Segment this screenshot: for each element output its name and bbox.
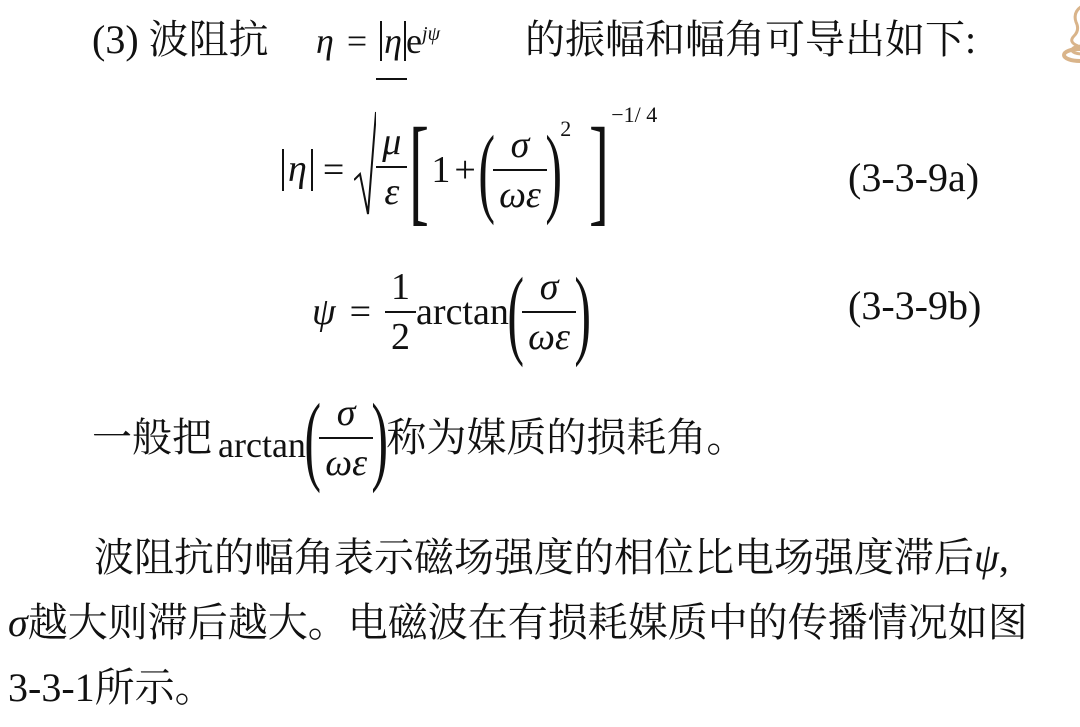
heading-line: (3) 波阻抗 [92, 20, 269, 60]
equation-3-3-9a: η = μ ε [ 1 + ( σ ωε ) 2 ] −1/ 4 [282, 100, 657, 240]
sqrt-sign [354, 110, 376, 220]
equation-3-3-9b: ψ = 1 2 arctan ( σ ωε ) [312, 258, 589, 366]
equation-number-3-3-9a: (3-3-9a) [848, 154, 979, 201]
heading-suffix: 的振幅和幅角可导出如下: [525, 20, 976, 60]
paragraph-line-1: 波阻抗的幅角表示磁场强度的相位比电场强度滞后ψ, [94, 538, 1009, 578]
loss-angle-line: 一般把 arctan ( σ ωε ) 称为媒质的损耗角。 [92, 384, 746, 492]
cup-logo-icon [1058, 0, 1080, 70]
impedance-formula: η = ηejψ [316, 20, 440, 62]
equation-number-3-3-9b: (3-3-9b) [848, 282, 981, 329]
heading-prefix: (3) 波阻抗 [92, 17, 269, 62]
paragraph-line-2: σ越大则滞后越大。电磁波在有损耗媒质中的传播情况如图 [8, 603, 1028, 643]
paragraph-line-3: 3-3-1所示。 [8, 668, 215, 708]
